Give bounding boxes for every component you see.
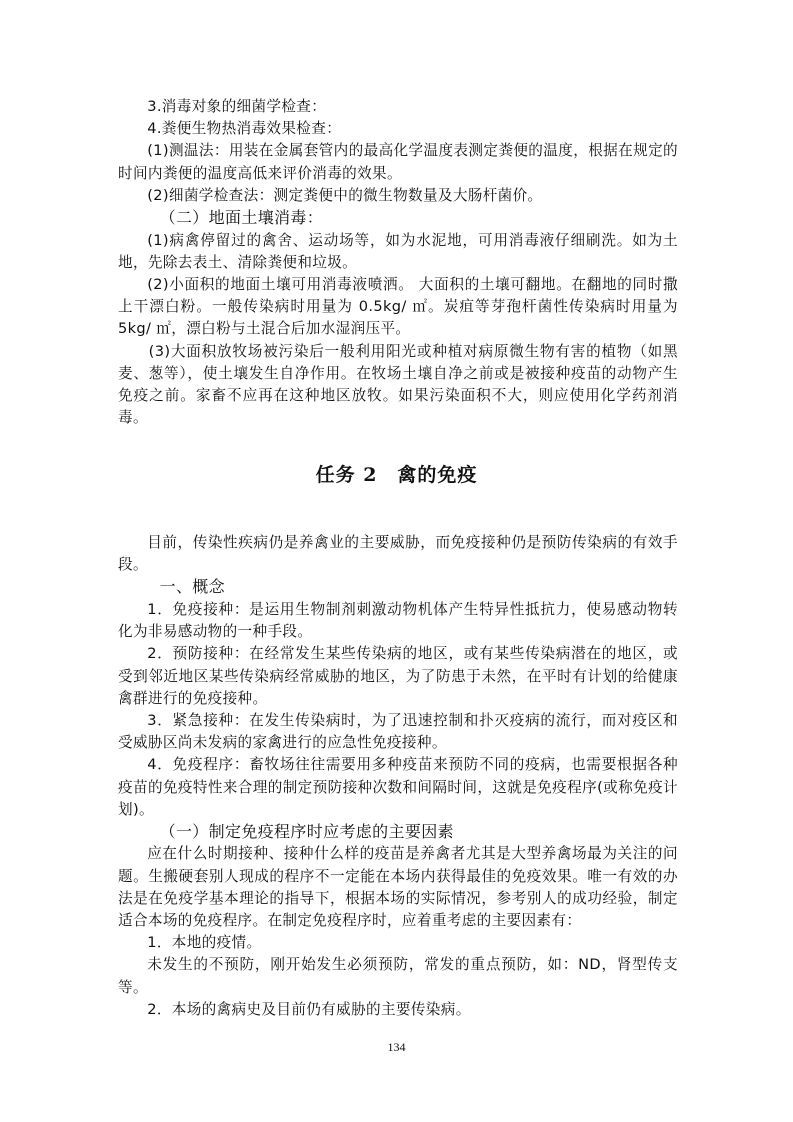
paragraph: 2．本场的禽病史及目前仍有威胁的主要传染病。 <box>118 999 678 1021</box>
paragraph: (1)病禽停留过的禽舍、运动场等，如为水泥地，可用消毒液仔细刷洗。如为土地，先除… <box>118 230 678 274</box>
paragraph: (3)大面积放牧场被污染后一般利用阳光或种植对病原微生物有害的植物（如黑麦、葱等… <box>118 341 678 430</box>
paragraph: (2)细菌学检查法：测定粪便中的微生物数量及大肠杆菌价。 <box>118 185 678 207</box>
paragraph: 3.消毒对象的细菌学检查： <box>118 96 678 118</box>
paragraph: 4.粪便生物热消毒效果检查： <box>118 118 678 140</box>
document-page: 3.消毒对象的细菌学检查： 4.粪便生物热消毒效果检查： (1)测温法：用装在金… <box>0 0 793 1122</box>
section-immunization: 目前，传染性疾病仍是养禽业的主要威胁，而免疫接种仍是预防传染病的有效手段。 一、… <box>118 532 678 1021</box>
paragraph: 1．本地的疫情。 <box>118 932 678 954</box>
paragraph: (2)小面积的地面土壤可用消毒液喷洒。 大面积的土壤可翻地。在翻地的同时撒上干漂… <box>118 274 678 341</box>
definition-item: 3．紧急接种：在发生传染病时，为了迅速控制和扑灭疫病的流行，而对疫区和受威胁区尚… <box>118 710 678 754</box>
paragraph: (1)测温法：用装在金属套管内的最高化学温度表测定粪便的温度，根据在规定的时间内… <box>118 140 678 184</box>
section-soil-disinfection: 3.消毒对象的细菌学检查： 4.粪便生物热消毒效果检查： (1)测温法：用装在金… <box>118 96 678 429</box>
paragraph: 应在什么时期接种、接种什么样的疫苗是养禽者尤其是大型养禽场最为关注的问题。生搬硬… <box>118 843 678 932</box>
paragraph: 目前，传染性疾病仍是养禽业的主要威胁，而免疫接种仍是预防传染病的有效手段。 <box>118 532 678 576</box>
section-heading: 一、概念 <box>118 576 678 599</box>
page-number: 134 <box>0 1040 793 1055</box>
definition-item: 1．免疫接种：是运用生物制剂刺激动物机体产生特异性抵抗力，使易感动物转化为非易感… <box>118 599 678 643</box>
chapter-title: 任务 2 禽的免疫 <box>0 460 793 487</box>
section-heading: （二）地面土壤消毒： <box>118 207 678 230</box>
definition-item: 4．免疫程序：畜牧场往往需要用多种疫苗来预防不同的疫病，也需要根据各种疫苗的免疫… <box>118 754 678 821</box>
section-heading: （一）制定免疫程序时应考虑的主要因素 <box>118 821 678 844</box>
paragraph: 未发生的不预防，刚开始发生必须预防，常发的重点预防，如：ND，肾型传支等。 <box>118 954 678 998</box>
definition-item: 2．预防接种：在经常发生某些传染病的地区，或有某些传染病潜在的地区，或受到邻近地… <box>118 643 678 710</box>
